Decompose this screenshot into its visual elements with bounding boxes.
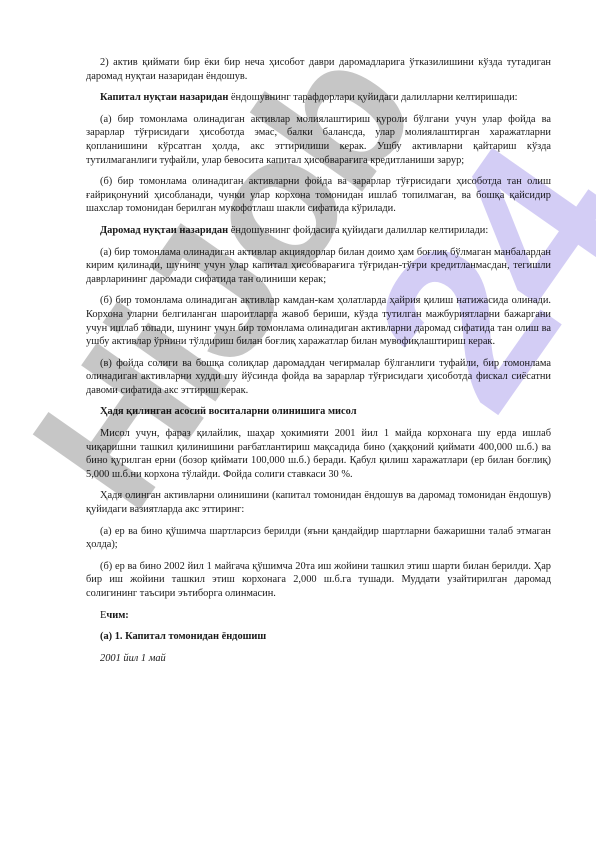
paragraph-text: 2) актив қиймати бир ёки бир неча ҳисобо… xyxy=(86,57,551,82)
section-heading-example: Ҳадя қилинган асосий воситаларни олиниши… xyxy=(86,405,551,419)
paragraph-capital-a: (а) бир томонлама олинадиган активлар мо… xyxy=(86,113,551,167)
paragraph-capital-b: (б) бир томонлама олинадиган активларни … xyxy=(86,175,551,216)
solution-label-text: чим: xyxy=(106,610,128,621)
paragraph-text: (в) фойда солиги ва бошқа солиқлар даром… xyxy=(86,358,551,396)
solution-date-text: 2001 йил 1 май xyxy=(100,653,166,664)
paragraph-income-b: (б) бир томонлама олинадиган активлар ка… xyxy=(86,294,551,348)
paragraph-text: (а) бир томонлама олинадиган активлар мо… xyxy=(86,114,551,166)
paragraph-income-approach-item: 2) актив қиймати бир ёки бир неча ҳисобо… xyxy=(86,56,551,83)
paragraph-example-task: Ҳадя олинган активларни олинишини (капит… xyxy=(86,489,551,516)
paragraph-text: ёндошувнинг тарафдорлари қуйидаги далилл… xyxy=(228,92,517,103)
solution-label: Ечим: xyxy=(86,609,551,623)
solution-date: 2001 йил 1 май xyxy=(86,652,551,666)
bold-term: Капитал нуқтаи назаридан xyxy=(100,92,228,103)
section-heading: Ҳадя қилинган асосий воситаларни олиниши… xyxy=(100,406,357,417)
paragraph-text: (б) ер ва бино 2002 йил 1 майгача қўшимч… xyxy=(86,561,551,599)
paragraph-task-b: (б) ер ва бино 2002 йил 1 майгача қўшимч… xyxy=(86,560,551,601)
document-page: 2) актив қиймати бир ёки бир неча ҳисобо… xyxy=(86,56,551,673)
paragraph-text: (а) ер ва бино қўшимча шартларсиз берилд… xyxy=(86,526,551,551)
paragraph-capital-view-intro: Капитал нуқтаи назаридан ёндошувнинг тар… xyxy=(86,91,551,105)
paragraph-example-body: Мисол учун, фараз қилайлик, шаҳар ҳокими… xyxy=(86,427,551,481)
paragraph-text: Мисол учун, фараз қилайлик, шаҳар ҳокими… xyxy=(86,428,551,480)
paragraph-income-view-intro: Даромад нуқтаи назаридан ёндошувнинг фой… xyxy=(86,224,551,238)
paragraph-text: (а) бир томонлама олинадиган активлар ак… xyxy=(86,247,551,285)
paragraph-text: ёндошувнинг фойдасига қуйидаги далиллар … xyxy=(228,225,488,236)
paragraph-income-a: (а) бир томонлама олинадиган активлар ак… xyxy=(86,246,551,287)
paragraph-text: Ҳадя олинган активларни олинишини (капит… xyxy=(86,490,551,515)
paragraph-text: (б) бир томонлама олинадиган активлар ка… xyxy=(86,295,551,347)
paragraph-task-a: (а) ер ва бино қўшимча шартларсиз берилд… xyxy=(86,525,551,552)
solution-heading-text: (а) 1. Капитал томонидан ёндошиш xyxy=(100,631,266,642)
paragraph-income-c: (в) фойда солиги ва бошқа солиқлар даром… xyxy=(86,357,551,398)
paragraph-text: (б) бир томонлама олинадиган активларни … xyxy=(86,176,551,214)
solution-heading: (а) 1. Капитал томонидан ёндошиш xyxy=(86,630,551,644)
bold-term: Даромад нуқтаи назаридан xyxy=(100,225,228,236)
